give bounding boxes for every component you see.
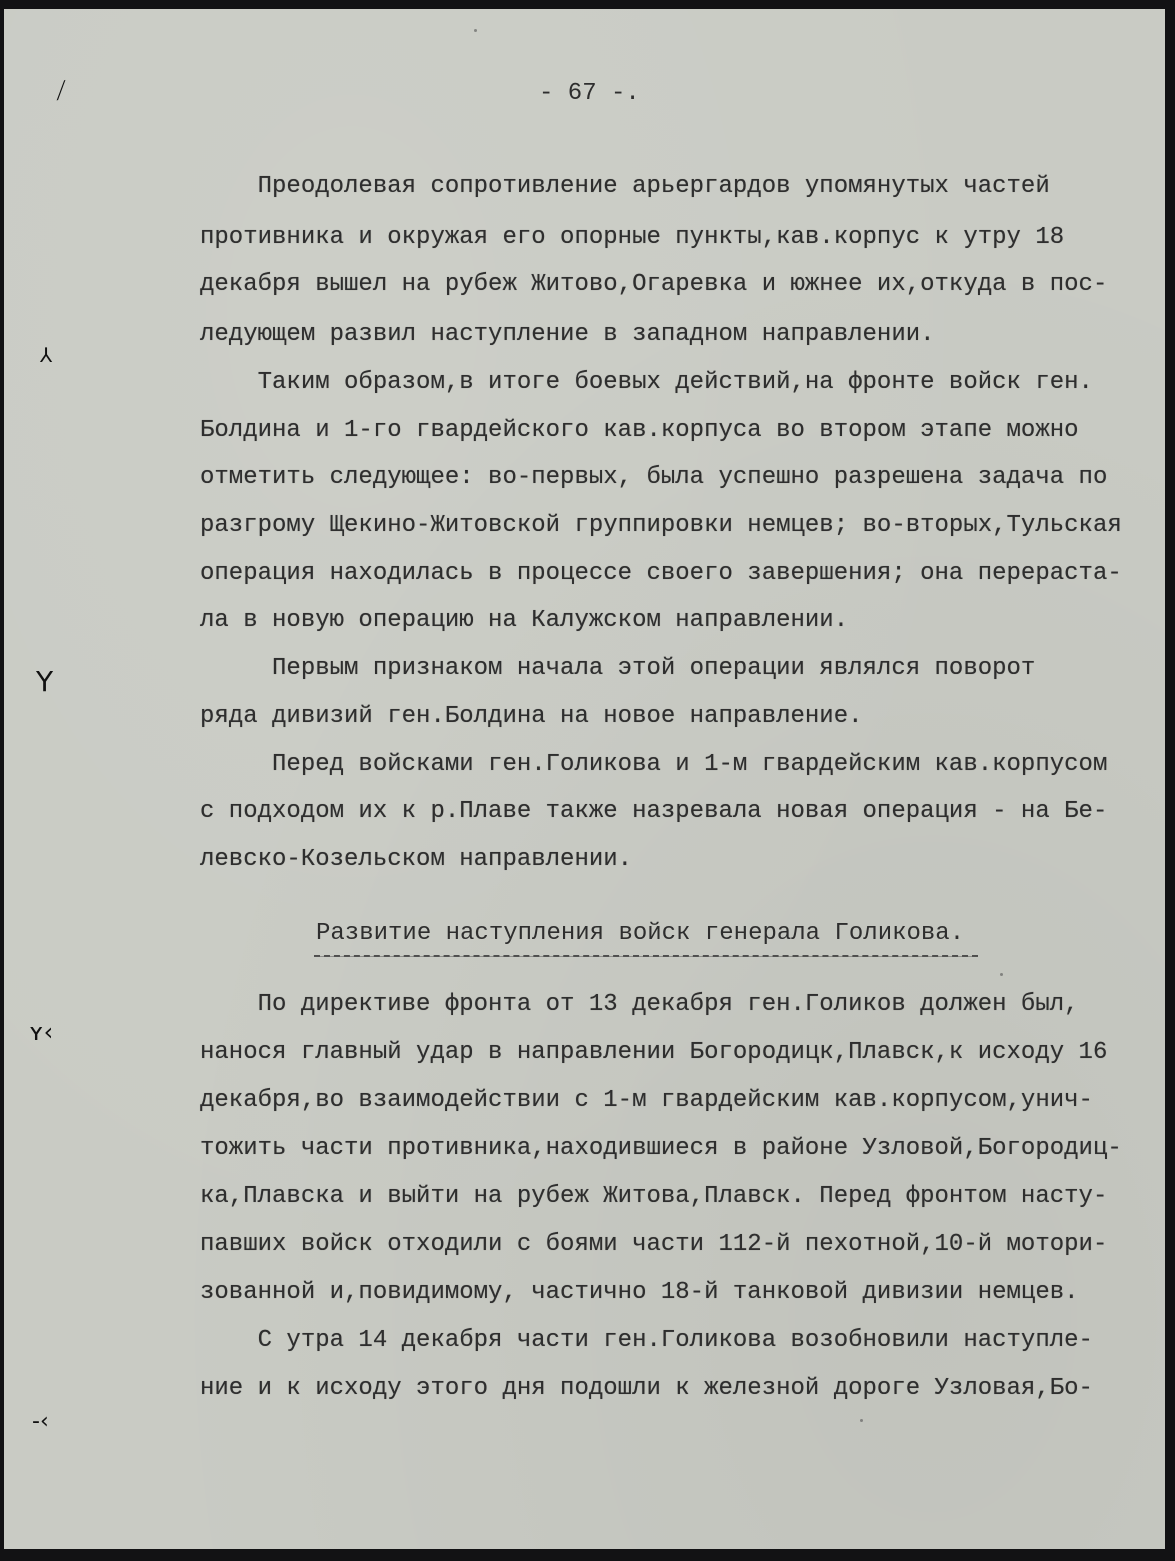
paper-speck <box>1000 973 1003 976</box>
text-line: левско-Козельском направлении. <box>200 846 632 874</box>
text-line: павших войск отходили с боями части 112-… <box>200 1231 1107 1259</box>
section-heading: Развитие наступления войск генерала Голи… <box>316 920 964 948</box>
text-line: По директиве фронта от 13 декабря ген.Го… <box>200 991 1079 1019</box>
text-line: ледующем развил наступление в западном н… <box>200 321 935 349</box>
punch-mark-icon: ⟋ <box>50 77 73 107</box>
text-line: разгрому Щекино-Житовской группировки не… <box>200 512 1122 540</box>
punch-mark-icon: -‹ <box>32 1409 49 1435</box>
text-line: Преодолевая сопротивление арьергардов уп… <box>200 173 1050 201</box>
paper-speck <box>860 1419 863 1422</box>
text-line: ка,Плавска и выйти на рубеж Житова,Плавс… <box>200 1183 1107 1211</box>
text-line: декабря,во взаимодействии с 1-м гвардейс… <box>200 1087 1093 1115</box>
text-line: операция находилась в процессе своего за… <box>200 560 1122 588</box>
text-line: с подходом их к р.Плаве также назревала … <box>200 798 1107 826</box>
text-line: Таким образом,в итоге боевых действий,на… <box>200 369 1093 397</box>
punch-mark-icon: ⅄ <box>40 342 52 368</box>
text-line: нанося главный удар в направлении Богоро… <box>200 1039 1107 1067</box>
paper-speck <box>474 29 477 32</box>
text-line: тожить части противника,находившиеся в р… <box>200 1135 1122 1163</box>
page-number: - 67 -. <box>539 80 640 108</box>
text-line: Первым признаком начала этой операции яв… <box>200 655 1035 683</box>
text-line: ла в новую операцию на Калужском направл… <box>200 607 848 635</box>
text-line: ряда дивизий ген.Болдина на новое направ… <box>200 703 863 731</box>
text-line: Перед войсками ген.Голикова и 1-м гварде… <box>200 751 1107 779</box>
text-line: С утра 14 декабря части ген.Голикова воз… <box>200 1327 1093 1355</box>
punch-mark-icon: ʏ‹ <box>29 1019 53 1045</box>
text-line: противника и окружая его опорные пункты,… <box>200 224 1064 252</box>
text-line: Болдина и 1-го гвардейского кав.корпуса … <box>200 417 1079 445</box>
heading-underline-shadow <box>314 956 978 957</box>
text-line: отметить следующее: во-первых, была успе… <box>200 464 1107 492</box>
text-line: ние и к исходу этого дня подошли к желез… <box>200 1375 1093 1403</box>
text-line: зованной и,повидимому, частично 18-й тан… <box>200 1279 1079 1307</box>
text-line: декабря вышел на рубеж Житово,Огаревка и… <box>200 271 1107 299</box>
punch-mark-icon: Y <box>36 669 53 695</box>
